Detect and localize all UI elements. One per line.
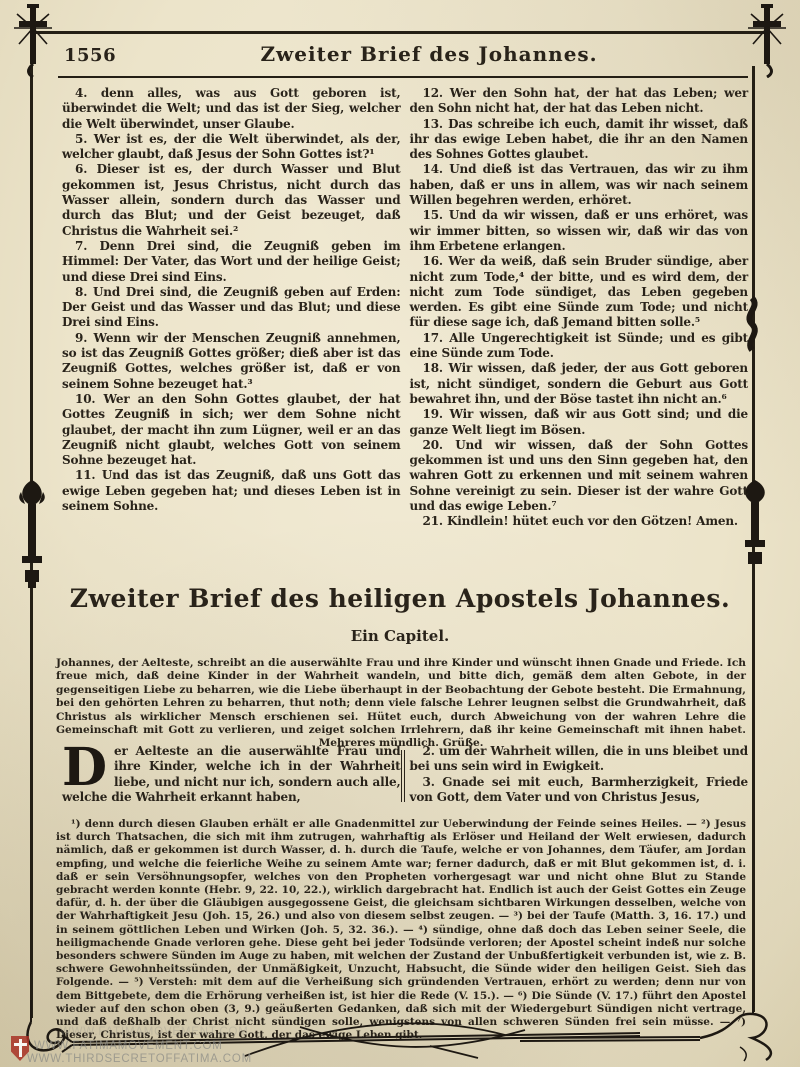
chapter-heading: Ein Capitel. bbox=[0, 627, 800, 645]
drop-cap-initial: D bbox=[62, 744, 114, 789]
frame-top-rule bbox=[34, 31, 770, 34]
verse: 18. Wir wissen, daß jeder, der aus Gott … bbox=[410, 361, 749, 407]
chapter-body: Der Aelteste an die auserwählte Frau und… bbox=[62, 744, 748, 805]
page-number: 1556 bbox=[64, 45, 116, 66]
verse: 4. denn alles, was aus Gott geboren ist,… bbox=[62, 86, 401, 132]
finial-ornament-left-icon bbox=[15, 478, 49, 588]
verse: 21. Kindlein! hütet euch vor den Götzen!… bbox=[410, 514, 749, 529]
verse: 14. Und dieß ist das Vertrauen, das wir … bbox=[410, 162, 749, 208]
verse: 19. Wir wissen, daß wir aus Gott sind; u… bbox=[410, 407, 749, 438]
verse: 20. Und wir wissen, daß der Sohn Gottes … bbox=[410, 438, 749, 514]
verse: 8. Und Drei sind, die Zeugniß geben auf … bbox=[62, 285, 401, 331]
verse: 6. Dieser ist es, der durch Wasser und B… bbox=[62, 162, 401, 238]
verse: 2. um der Wahrheit willen, die in uns bl… bbox=[410, 744, 749, 775]
verse: 3. Gnade sei mit euch, Barmherzigkeit, F… bbox=[410, 775, 749, 806]
body-column-right: 2. um der Wahrheit willen, die in uns bl… bbox=[410, 744, 749, 805]
body-column-left: Der Aelteste an die auserwählte Frau und… bbox=[62, 744, 401, 805]
verse: 9. Wenn wir der Menschen Zeugniß annehme… bbox=[62, 331, 401, 392]
verse-1: Der Aelteste an die auserwählte Frau und… bbox=[62, 744, 401, 805]
verse: 7. Denn Drei sind, die Zeugniß geben im … bbox=[62, 239, 401, 285]
column-divider bbox=[401, 750, 405, 802]
verse-section: 4. denn alles, was aus Gott geboren ist,… bbox=[62, 86, 748, 530]
scanned-bible-page: 1556 Zweiter Brief des Johannes. 4. denn… bbox=[0, 0, 800, 1067]
watermark-line-2: WWW.THIRDSECRETOFFATIMA.COM bbox=[27, 1053, 252, 1065]
verse: 12. Wer den Sohn hat, der hat das Leben;… bbox=[410, 86, 749, 117]
verse: 16. Wer da weiß, daß sein Bruder sündige… bbox=[410, 254, 749, 330]
verse-column-right: 12. Wer den Sohn hat, der hat das Leben;… bbox=[410, 86, 749, 530]
cross-ornament-top-left-icon bbox=[10, 4, 56, 78]
verse: 11. Und das ist das Zeugniß, daß uns Got… bbox=[62, 468, 401, 514]
verse: 10. Wer an den Sohn Gottes glaubet, der … bbox=[62, 392, 401, 468]
verse: 17. Alle Ungerechtigkeit ist Sünde; und … bbox=[410, 331, 749, 362]
chapter-summary: Johannes, der Aelteste, schreibt an die … bbox=[56, 657, 746, 751]
verse: 15. Und da wir wissen, daß er uns erhöre… bbox=[410, 208, 749, 254]
running-title: Zweiter Brief des Johannes. bbox=[116, 42, 742, 66]
verse: 5. Wer ist es, der die Welt überwindet, … bbox=[62, 132, 401, 163]
cross-ornament-top-right-icon bbox=[744, 4, 790, 78]
section-title: Zweiter Brief des heiligen Apostels Joha… bbox=[0, 584, 800, 613]
verse-column-left: 4. denn alles, was aus Gott geboren ist,… bbox=[62, 86, 401, 530]
watermark-faint: WWW.FATIMAMOVEMENT.COM bbox=[60, 1026, 249, 1038]
verse: 13. Das schreibe ich euch, damit ihr wis… bbox=[410, 117, 749, 163]
header-rule bbox=[58, 76, 748, 78]
watermark-line-1: WWW.FATIMAMOVEMENT.COM bbox=[34, 1040, 223, 1052]
